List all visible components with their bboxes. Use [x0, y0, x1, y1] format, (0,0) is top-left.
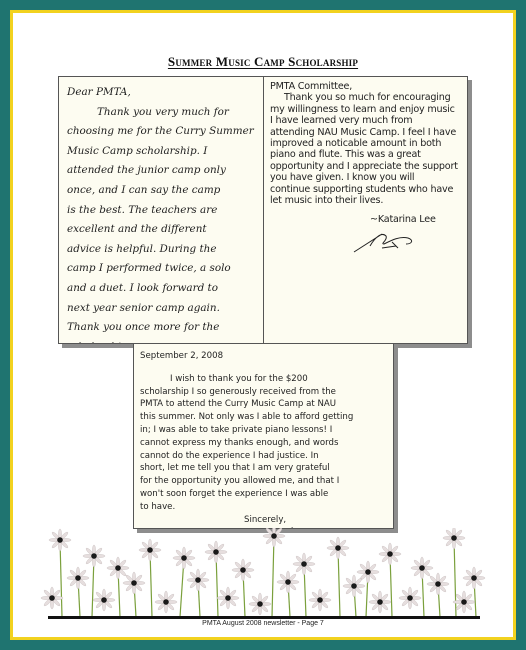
letter-line: advice is helpful. During the — [67, 240, 257, 260]
newsletter-page: Summer Music Camp Scholarship Dear PMTA,… — [13, 13, 513, 637]
letter-line: is the best. The teachers are — [67, 201, 257, 221]
letter-closing: ~Katarina Lee — [270, 214, 463, 225]
letter-line: PMTA to attend the Curry Music Camp at N… — [140, 398, 389, 411]
letter-line: Music Camp scholarship. I — [67, 142, 257, 162]
letter-line: excellent and the different — [67, 220, 257, 240]
teal-yellow-border-frame: Summer Music Camp Scholarship Dear PMTA,… — [10, 10, 516, 640]
ground-bar — [48, 616, 480, 619]
letter-closing: Sincerely, — [140, 514, 389, 527]
page-footer: PMTA August 2008 newsletter - Page 7 — [13, 620, 513, 627]
letter-line: Thank you so much for encouraging — [270, 92, 463, 103]
letter-line: improved a noticable amount in both — [270, 138, 463, 149]
letter-line: to have. — [140, 501, 389, 514]
letter-line: Thank you very much for — [67, 103, 257, 123]
letter-line: in; I was able to take private piano les… — [140, 424, 389, 437]
letter-line: won't soon forget the experience I was a… — [140, 488, 389, 501]
letter-line: I wish to thank you for the $200 — [140, 373, 389, 386]
letter-line: for the opportunity you allowed me, and … — [140, 475, 389, 488]
letter-line: opportunity and I appreciate the support — [270, 161, 463, 172]
letter-line: attended the junior camp only — [67, 161, 257, 181]
letter-date: September 2, 2008 — [140, 350, 389, 363]
letter-carolyn: Dear PMTA, Thank you very much for choos… — [58, 76, 264, 344]
letter-katarina: PMTA Committee, Thank you so much for en… — [263, 76, 468, 344]
letter-line: next year senior camp again. — [67, 299, 257, 319]
letter-line: scholarship I so generously received fro… — [140, 386, 389, 399]
letter-line: and a duet. I look forward to — [67, 279, 257, 299]
letter-line: attending NAU Music Camp. I feel I have — [270, 127, 463, 138]
letter-line: camp I performed twice, a solo — [67, 259, 257, 279]
letter-line: piano and flute. This was a great — [270, 149, 463, 160]
letter-justin: September 2, 2008 I wish to thank you fo… — [133, 343, 394, 529]
letter-line: cannot express my thanks enough, and wor… — [140, 437, 389, 450]
letter-line: continue supporting students who have — [270, 184, 463, 195]
page-title: Summer Music Camp Scholarship — [13, 54, 513, 70]
letter-salutation: PMTA Committee, — [270, 81, 463, 92]
signature-scribble-icon — [352, 228, 422, 254]
letter-line: I have learned very much from — [270, 115, 463, 126]
letter-line: Thank you once more for the — [67, 318, 257, 338]
letter-line: my willingness to learn and enjoy music — [270, 104, 463, 115]
letter-line: you have given. I know you will — [270, 172, 463, 183]
letter-line: short, let me tell you that I am very gr… — [140, 462, 389, 475]
letter-line: once, and I can say the camp — [67, 181, 257, 201]
letter-line: choosing me for the Curry Summer — [67, 122, 257, 142]
letter-line: let music into their lives. — [270, 195, 463, 206]
letter-line: this summer. Not only was I able to affo… — [140, 411, 389, 424]
letter-line: cannot do the experience I had justice. … — [140, 450, 389, 463]
daisy-field-image — [38, 528, 490, 617]
letter-salutation: Dear PMTA, — [67, 83, 257, 103]
